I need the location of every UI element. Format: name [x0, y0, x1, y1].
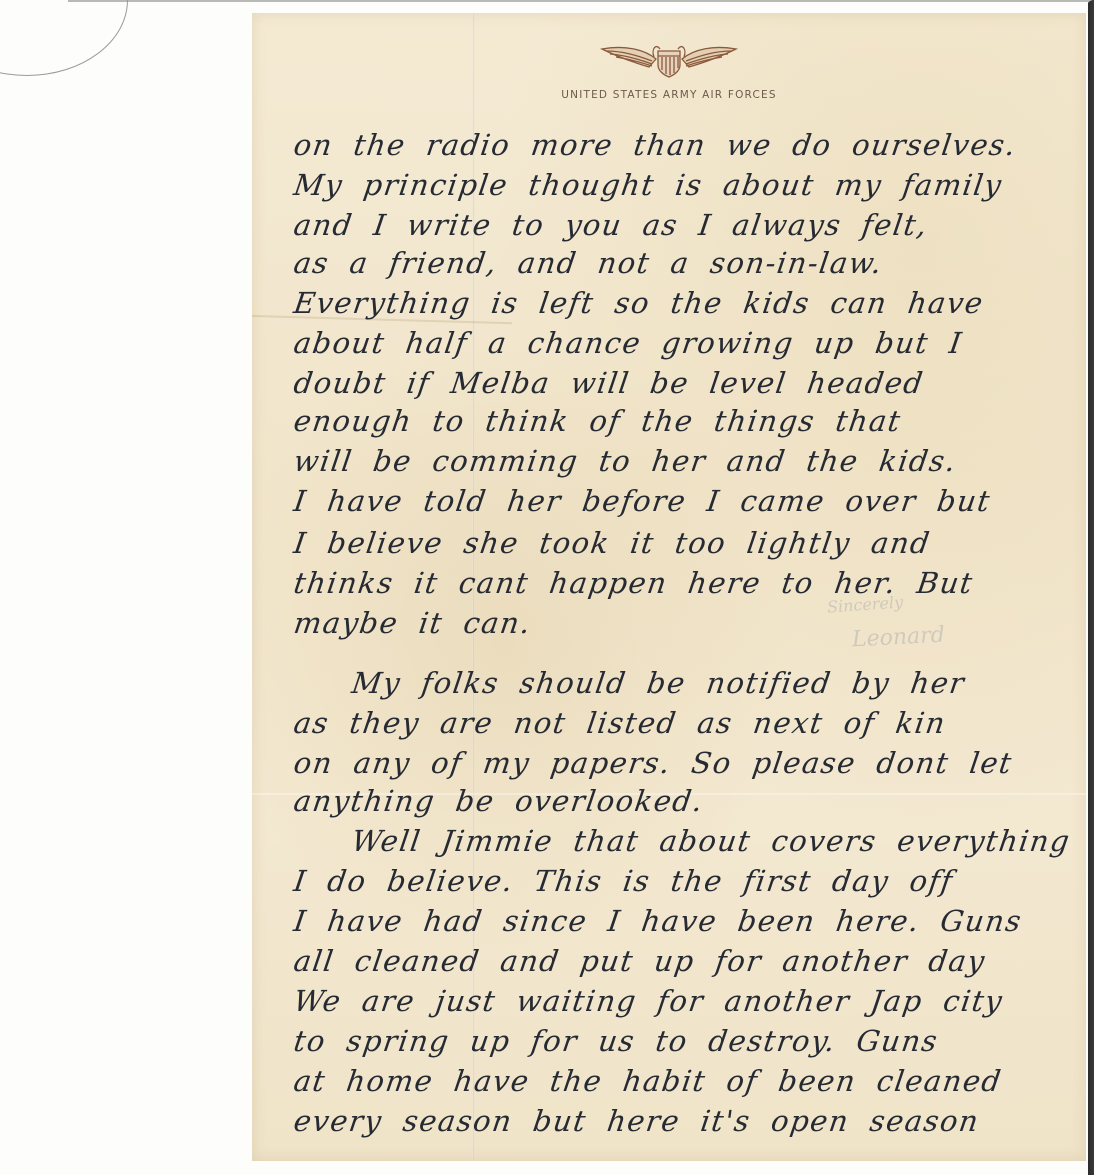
letter-line: thinks it cant happen here to her. But [291, 565, 1086, 601]
handwritten-body: on the radio more than we do ourselves. … [252, 13, 1086, 1161]
letter-line: Well Jimmie that about covers everything [349, 823, 1094, 859]
letter-line: to spring up for us to destroy. Guns [291, 1023, 1086, 1059]
letter-line: enough to think of the things that [291, 403, 1086, 439]
letter-line: My folks should be notified by her [349, 665, 1094, 701]
letter-line: I believe she took it too lightly and [291, 525, 1086, 561]
letter-line: anything be overlooked. [291, 783, 1086, 819]
scan-artifact-circle [0, 0, 128, 76]
letter-line: My principle thought is about my family [291, 167, 1086, 203]
scan-top-edge [68, 0, 1094, 2]
letter-line: maybe it can. [291, 605, 1086, 641]
letter-line: doubt if Melba will be level headed [291, 365, 1086, 401]
letter-line: on any of my papers. So please dont let [291, 745, 1086, 781]
letter-line: as a friend, and not a son-in-law. [291, 245, 1086, 281]
letter-line: will be comming to her and the kids. [291, 443, 1086, 479]
letter-line: I have had since I have been here. Guns [291, 903, 1086, 939]
letter-line: as they are not listed as next of kin [291, 705, 1086, 741]
letter-line: every season but here it's open season [291, 1103, 1086, 1139]
letter-line: on the radio more than we do ourselves. [291, 127, 1086, 163]
letter-line: I have told her before I came over but [291, 483, 1086, 519]
letter-line: I do believe. This is the first day off [291, 863, 1086, 899]
scan-right-edge [1086, 0, 1094, 1175]
letter-line: and I write to you as I always felt, [291, 207, 1086, 243]
letter-line: at home have the habit of been cleaned [291, 1063, 1086, 1099]
letter-line: all cleaned and put up for another day [291, 943, 1086, 979]
letter-line: Everything is left so the kids can have [291, 285, 1086, 321]
letter-page: UNITED STATES ARMY AIR FORCES Sincerely … [252, 13, 1086, 1161]
letter-line: about half a chance growing up but I [291, 325, 1086, 361]
letter-line: We are just waiting for another Jap city [291, 983, 1086, 1019]
